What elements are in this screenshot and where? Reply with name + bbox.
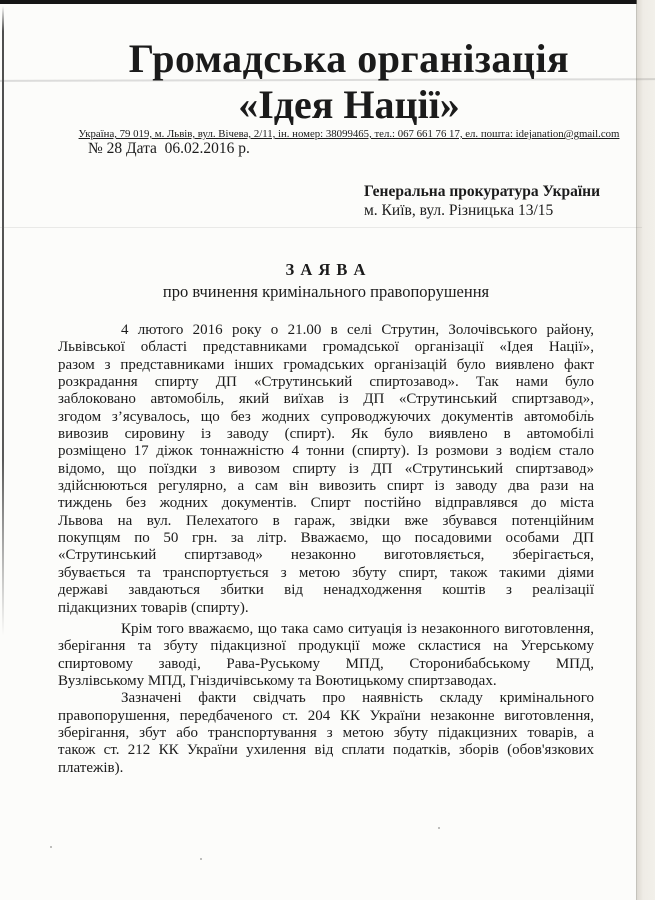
body-line: 4 лютого 2016 року о 21.00 в селі Струти…: [58, 322, 594, 339]
body-line: спиртовому заводі, Рава-Руському МПД, Ст…: [58, 656, 594, 673]
body-line: тиждень без жодних документів. Спирт пос…: [58, 495, 594, 512]
body-line: розкрадання спирту ДП «Струтинський спир…: [58, 374, 594, 391]
paragraph-2: Крім того вважаємо, що така само ситуаці…: [58, 621, 594, 690]
body-line: Зазначені факти свідчать про наявність с…: [58, 690, 594, 707]
document-body: 4 лютого 2016 року о 21.00 в селі Струти…: [58, 322, 594, 777]
org-name-line1: Громадська організація: [60, 36, 638, 82]
scanned-letter-page: Громадська організація «Ідея Нації» Укра…: [0, 0, 655, 900]
document-heading: З А Я В А про вчинення кримінального пра…: [58, 260, 594, 301]
scan-artifact-top-line: [0, 0, 655, 4]
scan-speck: [50, 846, 52, 848]
body-line: Львова на вул. Пелехатого в гараж, звідк…: [58, 513, 594, 530]
recipient-address: м. Київ, вул. Різницька 13/15: [364, 202, 600, 221]
paragraph-3: Зазначені факти свідчать про наявність с…: [58, 690, 594, 777]
body-line: підакцизних товарів (спирту).: [58, 600, 594, 617]
body-line: правопорушення, передбаченого ст. 204 КК…: [58, 708, 594, 725]
body-line: згодом з’ясувалось, що без жодних супров…: [58, 409, 594, 426]
body-line: Вузлівському МПД, Гніздичівському та Вою…: [58, 673, 594, 690]
body-line: збувається та транспортується з метою зб…: [58, 565, 594, 582]
recipient-name: Генеральна прокуратура України: [364, 183, 600, 202]
scan-speck: [200, 858, 202, 860]
body-line: державі завдаються збитки від ненадходже…: [58, 582, 594, 599]
body-line: «Струтинський спиртзавод» незаконно виго…: [58, 547, 594, 564]
org-name-line2: «Ідея Нації»: [60, 82, 638, 127]
body-line: вивозив сировину із заводу (спирт). Як б…: [58, 426, 594, 443]
letterhead: Громадська організація «Ідея Нації» Укра…: [60, 36, 638, 141]
scan-artifact-page-edge-strip: [637, 0, 655, 900]
recipient-block: Генеральна прокуратура України м. Київ, …: [364, 183, 600, 220]
body-line: зберігання та збуту підакцизної продукці…: [58, 638, 594, 655]
body-line: зберігання, збут або транспортування з м…: [58, 725, 594, 742]
document-title: З А Я В А: [58, 260, 594, 279]
body-line: здійснюються регулярно, а сам він вивози…: [58, 478, 594, 495]
body-line: Крім того вважаємо, що така само ситуаці…: [58, 621, 594, 638]
body-line: покупцям по 50 грн. за літр. Вважаємо, щ…: [58, 530, 594, 547]
body-line: відомо, що поїздки з вивозом спирту із Д…: [58, 461, 594, 478]
scan-speck: [438, 827, 440, 829]
scan-artifact-faint-line: [0, 227, 642, 228]
body-line: платежів).: [58, 760, 594, 777]
body-line: розміщено 17 діжок тоннажністю 4 тонни (…: [58, 443, 594, 460]
scan-artifact-left-line: [2, 6, 4, 636]
body-line: Львівської області представниками громад…: [58, 339, 594, 356]
reference-number-line: № 28 Дата 06.02.2016 р.: [88, 140, 250, 158]
body-line: також ст. 212 КК України ухилення від сп…: [58, 742, 594, 759]
body-line: разом з представниками інших громадських…: [58, 357, 594, 374]
document-subtitle: про вчинення кримінального правопорушенн…: [58, 282, 594, 301]
body-line: заблоковано автомобіль, який виїхав із Д…: [58, 391, 594, 408]
paragraph-1: 4 лютого 2016 року о 21.00 в селі Струти…: [58, 322, 594, 617]
